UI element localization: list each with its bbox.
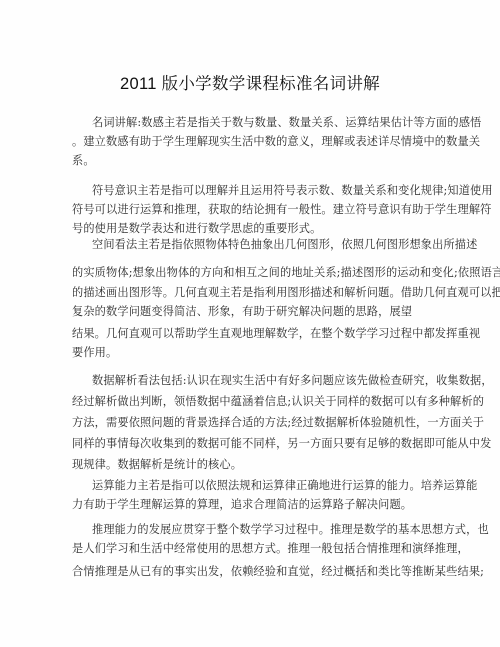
text-line: 力有助于学生理解运算的算理，追求合理简洁的运算路子解决问题。 [72, 496, 432, 512]
text-line: 符号可以进行运算和推理，获取的结论拥有一般性。建立符号意识有助于学生理解符 [72, 201, 432, 217]
text-line: 的描述画出图形等。几何直观主若是指利用图形描述和解析问题。借助几何直观可以把 [72, 284, 432, 300]
text-line: 经过解析做出判断，领悟数据中蕴涵着信息;认识关于同样的数据可以有多种解析的 [72, 393, 432, 409]
document-page: 2011 版小学数学课程标准名词讲解 名词讲解:数感主若是指关于数与数量、数量关… [0, 0, 500, 647]
text-line: 同样的事情每次收集到的数据可能不同样，另一方面只要有足够的数据即可能从中发 [72, 435, 432, 451]
text-line: 方法，需要依照问题的背景选择合适的方法;经过数据解析体验随机性，一方面关于 [72, 414, 432, 430]
text-line: 结果。几何直观可以帮助学生直观地理解数学，在整个数学学习过程中都发挥重视 [72, 325, 432, 341]
text-line: 要作用。 [72, 344, 432, 360]
text-line: 号的使用是数学表达和进行数学思虑的重要形式。 [72, 220, 432, 236]
text-line: 合情推理是从已有的事实出发，依赖经验和直觉，经过概括和类比等推断某些结果; [72, 563, 432, 579]
text-line: 的实质物体;想象出物体的方向和相互之间的地址关系;描述图形的运动和变化;依照语言 [72, 264, 432, 280]
text-line: 名词讲解:数感主若是指关于数与数量、数量关系、运算结果估计等方面的感悟 [92, 114, 452, 130]
document-title: 2011 版小学数学课程标准名词讲解 [0, 70, 500, 94]
text-line: 空间看法主若是指依照物体特色抽象出几何图形，依照几何图形想象出所描述 [92, 236, 452, 252]
text-line: 运算能力主若是指可以依照法规和运算律正确地进行运算的能力。培养运算能 [92, 477, 452, 493]
text-line: 是人们学习和生活中经常使用的思想方式。推理一般包括合情推理和演绎推理， [72, 540, 432, 556]
text-line: 现规律。数据解析是统计的核心。 [72, 456, 432, 472]
text-line: 系。 [72, 152, 432, 168]
text-line: 。建立数感有助于学生理解现实生活中数的意义，理解或表述详尽情境中的数量关 [72, 133, 432, 149]
text-line: 数据解析看法包括:认识在现实生活中有好多问题应该先做检查研究，收集数据， [92, 372, 452, 388]
text-line: 复杂的数学问题变得简洁、形象，有助于研究解决问题的思路，展望 [72, 303, 432, 319]
text-line: 符号意识主若是指可以理解并且运用符号表示数、数量关系和变化规律;知道使用 [92, 182, 452, 198]
text-line: 推理能力的发展应贯穿于整个数学学习过程中。推理是数学的基本思想方式，也 [92, 521, 452, 537]
